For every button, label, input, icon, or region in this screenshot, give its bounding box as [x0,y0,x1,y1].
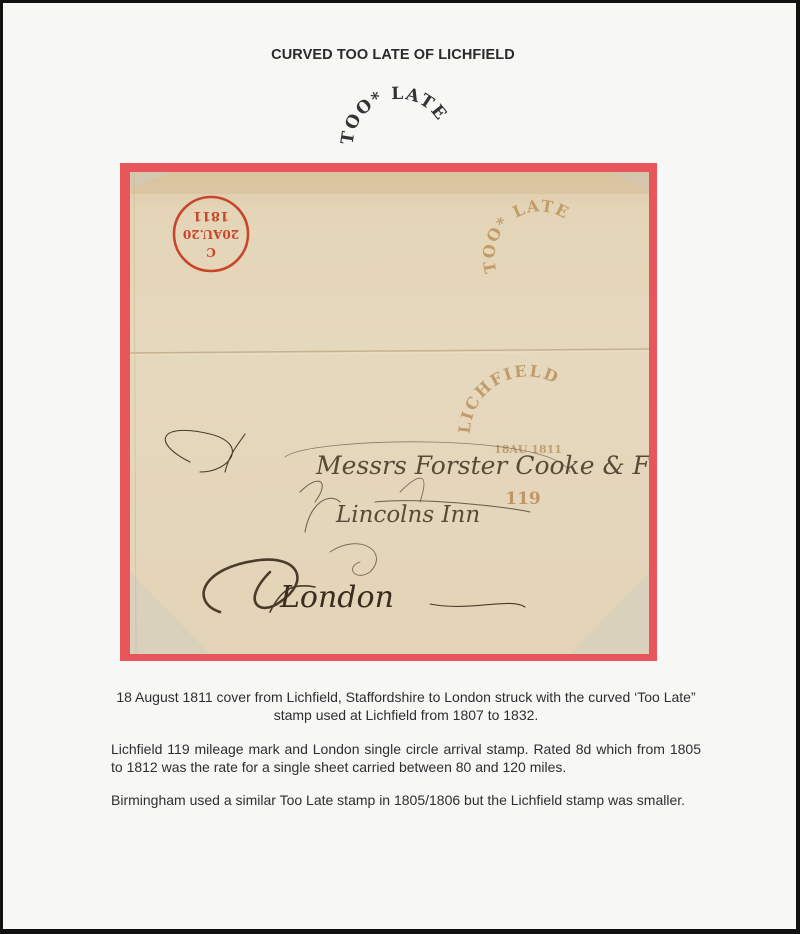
cover-image: C 20AU.20 1811 TOO* LATE LICHFIELD [130,172,649,654]
album-page: CURVED TOO LATE OF LICHFIELD TOO* LATE [3,3,796,929]
lichfield-mileage-postmark: LICHFIELD 18AU 1811 119 [455,361,563,509]
caption-paragraph-1: 18 August 1811 cover from Lichfield, Sta… [111,689,701,724]
cover-mount: C 20AU.20 1811 TOO* LATE LICHFIELD [120,163,657,661]
arc-text: TOO* LATE [338,84,451,146]
svg-text:TOO* LATE: TOO* LATE [479,196,573,275]
svg-text:LICHFIELD: LICHFIELD [455,361,563,434]
svg-text:119: 119 [505,489,541,509]
address-line-2: Lincolns Inn [335,502,480,528]
london-arrival-postmark: C 20AU.20 1811 [174,197,248,271]
too-late-postmark: TOO* LATE [479,196,573,275]
caption-paragraph-3: Birmingham used a similar Too Late stamp… [111,792,701,810]
caption-paragraph-2: Lichfield 119 mileage mark and London si… [111,741,701,776]
svg-text:C: C [206,245,216,259]
address-line-3: London [279,580,394,615]
too-late-illustration: TOO* LATE [333,81,463,151]
postal-cover: C 20AU.20 1811 TOO* LATE LICHFIELD [130,172,649,654]
description: 18 August 1811 cover from Lichfield, Sta… [111,689,701,826]
svg-text:TOO* LATE: TOO* LATE [338,84,451,146]
page-title: CURVED TOO LATE OF LICHFIELD [3,47,783,63]
svg-text:1811: 1811 [193,208,229,223]
address-line-1: Messrs Forster Cooke & Frere [315,451,649,480]
svg-text:20AU.20: 20AU.20 [183,227,239,241]
